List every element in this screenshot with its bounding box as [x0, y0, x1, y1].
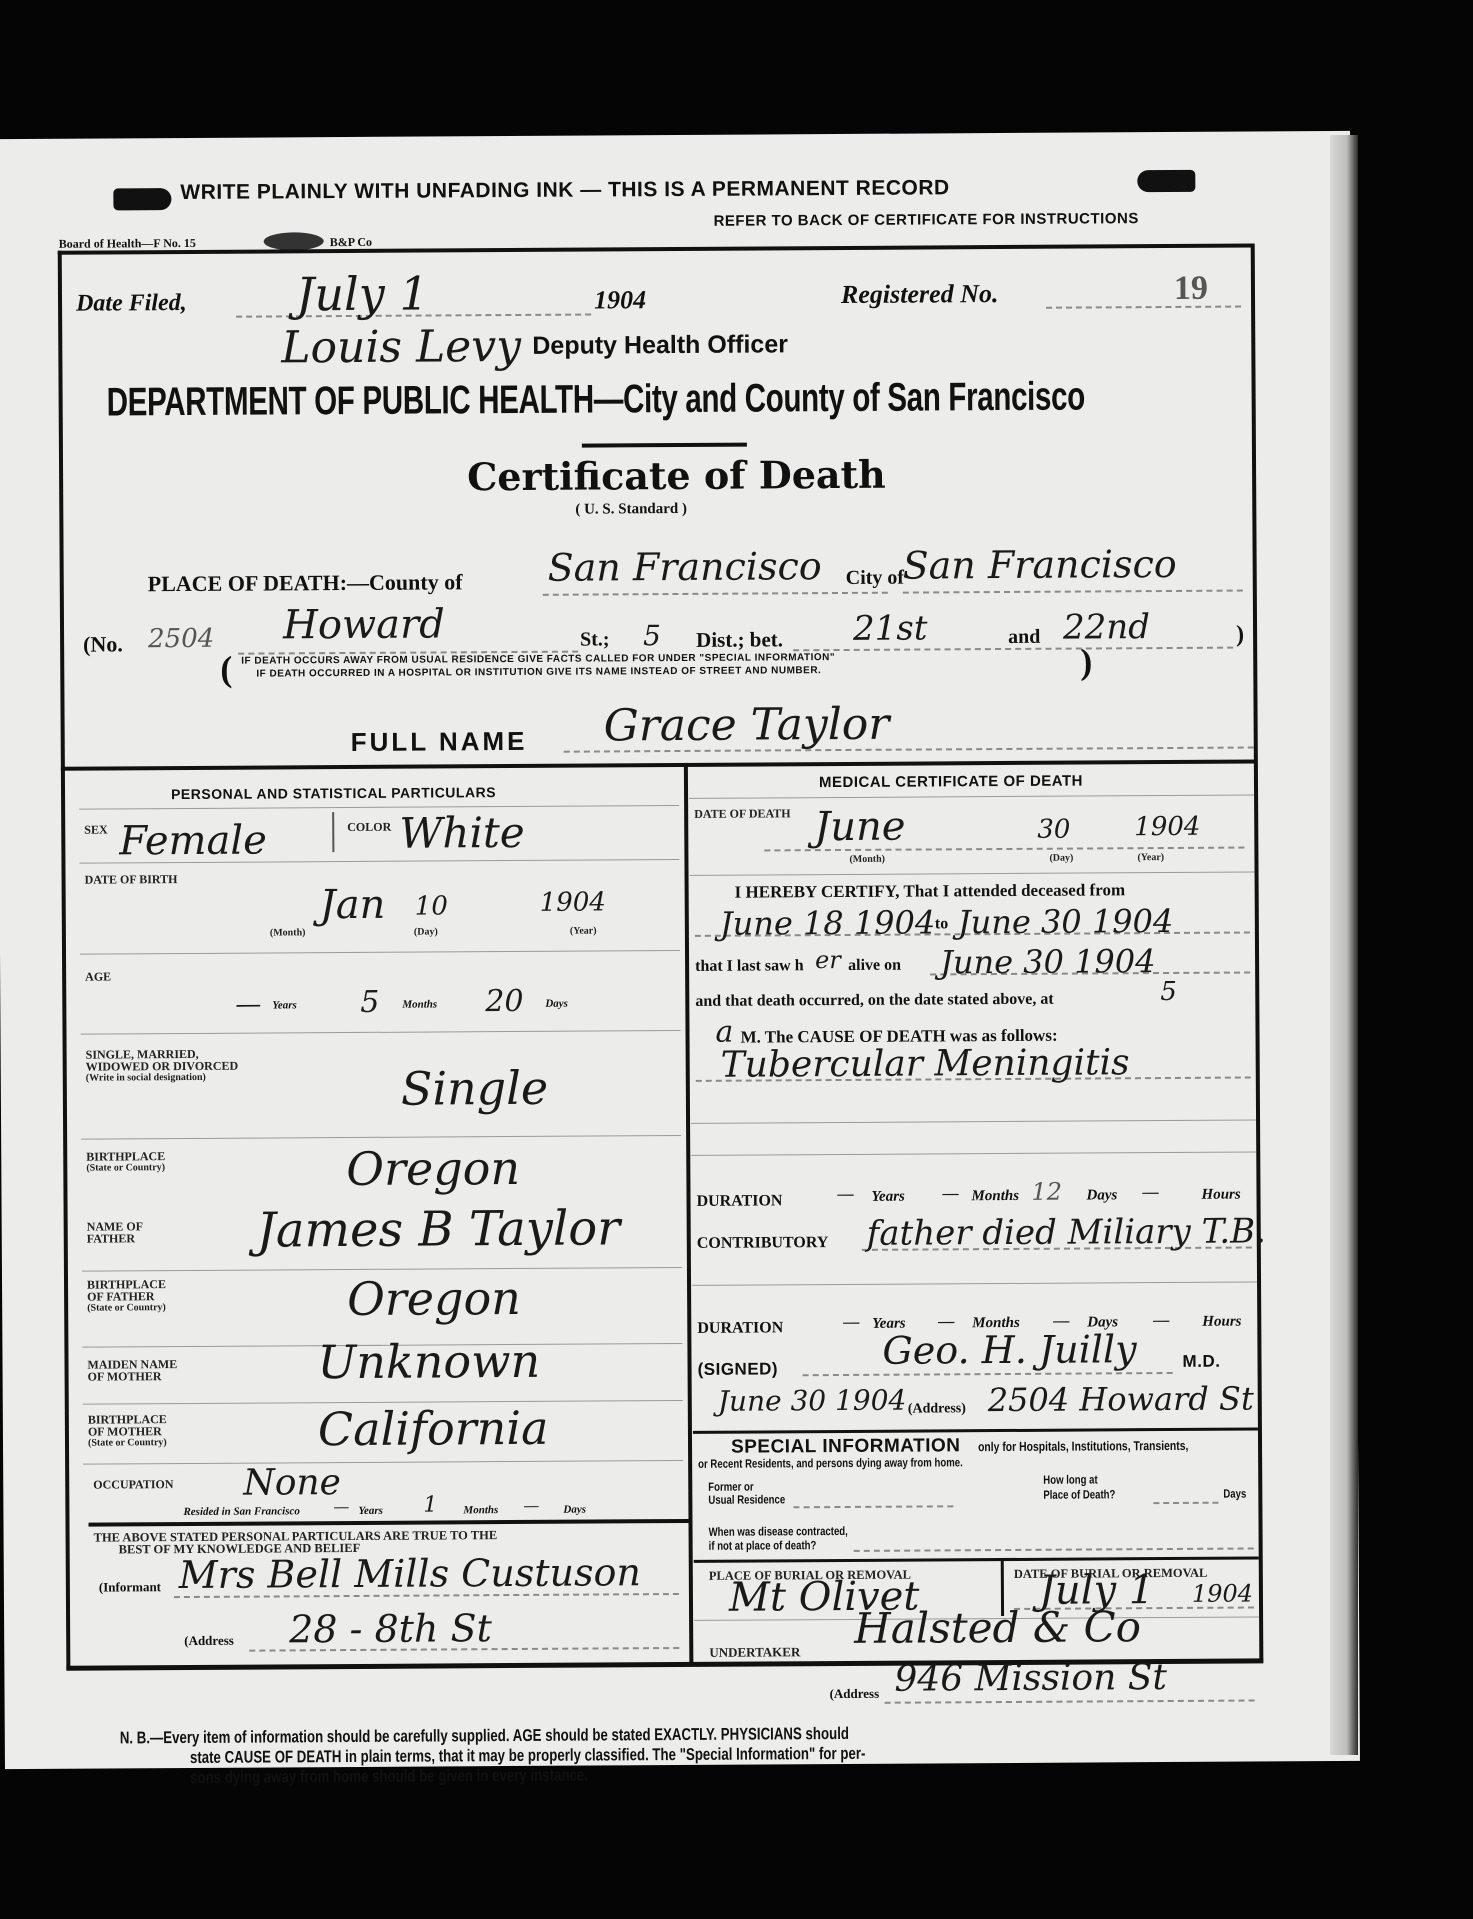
md-label: M.D.	[1182, 1352, 1220, 1372]
duration-years: —	[836, 1184, 854, 1205]
dob-year: 1904	[540, 887, 606, 917]
death-hour: 5	[1160, 977, 1177, 1007]
resided-days: —	[523, 1496, 539, 1515]
column-divider	[684, 763, 693, 1663]
father-birthplace-label-3: (State or Country)	[87, 1302, 166, 1313]
date-filed-year: 1904	[594, 285, 646, 315]
contributory-label: CONTRIBUTORY	[697, 1234, 829, 1253]
date-filed-value: July 1	[296, 267, 429, 322]
duration-days: 12	[1031, 1178, 1062, 1206]
street-number: 2504	[148, 624, 214, 654]
mother-value: Unknown	[317, 1334, 540, 1389]
duration-years-caption: Years	[871, 1189, 904, 1206]
dob-day-caption: (Day)	[414, 926, 438, 937]
dob-day: 10	[415, 891, 448, 921]
father-label-2: FATHER	[87, 1232, 135, 1244]
signed-label: (SIGNED)	[698, 1359, 779, 1379]
duration-days-caption: Days	[1086, 1187, 1117, 1204]
last-saw-pronoun: er	[815, 946, 841, 974]
duration-hours: —	[1141, 1182, 1159, 1203]
duration2-hours-caption: Hours	[1202, 1314, 1241, 1331]
county-value: San Francisco	[548, 544, 822, 590]
note-open-paren: (	[220, 648, 232, 690]
between-2: 22nd	[1063, 607, 1150, 648]
birthplace-label-2: (State or Country)	[86, 1162, 165, 1173]
former-residence-field	[793, 1505, 953, 1508]
certify-statement: I HEREBY CERTIFY, That I attended deceas…	[735, 880, 1126, 902]
former-residence-label-2: Usual Residence	[708, 1492, 785, 1506]
title-divider	[582, 443, 747, 448]
certificate-paper: WRITE PLAINLY WITH UNFADING INK — THIS I…	[0, 131, 1360, 1769]
resided-label: Resided in San Francisco	[183, 1505, 300, 1518]
dod-day-caption: (Day)	[1049, 853, 1073, 864]
informant-address-value: 28 - 8th St	[289, 1606, 492, 1651]
dod-day: 30	[1037, 815, 1070, 845]
city-line	[903, 590, 1243, 594]
street-number-label: (No.	[83, 631, 123, 657]
personal-section-title: PERSONAL AND STATISTICAL PARTICULARS	[171, 784, 496, 802]
dod-month-caption: (Month)	[849, 854, 885, 865]
district-value: 5	[643, 619, 661, 652]
deputy-label: Deputy Health Officer	[532, 330, 788, 361]
attended-to: June 30 1904	[958, 902, 1174, 941]
footer-note-2: state CAUSE OF DEATH in plain terms, tha…	[190, 1744, 866, 1768]
registered-label: Registered No.	[841, 279, 999, 310]
deputy-signature: Louis Levy	[281, 321, 521, 373]
dod-year: 1904	[1134, 812, 1200, 842]
marital-value: Single	[401, 1061, 549, 1116]
special-info-subtitle-1: only for Hospitals, Institutions, Transi…	[978, 1438, 1188, 1454]
last-saw-text: that I last saw h	[695, 957, 804, 976]
residence-note-1: IF DEATH OCCURS AWAY FROM USUAL RESIDENC…	[241, 652, 835, 667]
resided-years: —	[333, 1497, 349, 1516]
dod-month: June	[814, 804, 906, 851]
color-value: White	[399, 808, 525, 858]
mother-label-2: OF MOTHER	[88, 1370, 162, 1382]
age-years: —	[235, 990, 261, 1020]
signed-date: June 30 1904	[718, 1384, 907, 1418]
duration2-label: DURATION	[697, 1319, 783, 1338]
pointing-hand-icon	[113, 188, 171, 210]
marital-label-3: (Write in social designation)	[86, 1072, 206, 1084]
us-standard: ( U. S. Standard )	[575, 501, 687, 519]
mother-birthplace-value: California	[318, 1401, 549, 1456]
occupation-label: OCCUPATION	[93, 1478, 173, 1490]
registered-line	[1046, 306, 1241, 309]
occupation-value: None	[243, 1462, 341, 1504]
undertaker-address-value: 946 Mission St	[894, 1657, 1167, 1700]
cause-value: Tubercular Meningitis	[721, 1042, 1130, 1085]
undertaker-value: Halsted & Co	[854, 1602, 1141, 1653]
dist-label: Dist.; bet.	[696, 627, 783, 653]
department-title: DEPARTMENT OF PUBLIC HEALTH—City and Cou…	[107, 375, 1085, 426]
physician-address: 2504 Howard St	[988, 1379, 1254, 1419]
age-label: AGE	[85, 970, 111, 982]
father-birthplace-value: Oregon	[347, 1271, 521, 1326]
birthplace-label-1: BIRTHPLACE	[86, 1150, 165, 1162]
informant-label: (Informant	[99, 1579, 161, 1595]
date-filed-label: Date Filed,	[76, 290, 187, 318]
frame-left	[58, 251, 71, 1669]
physician-address-label: (Address)	[908, 1401, 966, 1417]
and-label: and	[1008, 626, 1040, 649]
marital-label-2: WIDOWED OR DIVORCED	[86, 1060, 239, 1073]
age-days-caption: Days	[545, 998, 568, 1010]
date-of-death-label: DATE OF DEATH	[694, 807, 791, 820]
registered-number: 19	[1174, 270, 1208, 308]
contracted-label-2: if not at place of death?	[709, 1538, 817, 1553]
dob-month: Jan	[320, 882, 386, 928]
page-fold-shadow	[1330, 135, 1358, 1755]
note-close-paren: )	[1080, 640, 1092, 682]
age-months-caption: Months	[402, 998, 437, 1010]
mother-birthplace-label-2: OF MOTHER	[88, 1425, 162, 1437]
age-years-caption: Years	[272, 999, 297, 1011]
place-of-death-label: PLACE OF DEATH:—County of	[148, 569, 463, 597]
age-months: 5	[360, 985, 379, 1020]
signed-line	[803, 1372, 1173, 1376]
certificate-title: Certificate of Death	[467, 452, 886, 500]
refer-instructions: REFER TO BACK OF CERTIFICATE FOR INSTRUC…	[713, 210, 1138, 230]
physician-signature: Geo. H. Juilly	[882, 1327, 1136, 1373]
to-label: to	[935, 915, 948, 933]
contracted-label-1: When was disease contracted,	[709, 1524, 848, 1539]
union-label-stamp-icon	[264, 232, 324, 250]
medical-section-title: MEDICAL CERTIFICATE OF DEATH	[819, 773, 1083, 792]
city-label: City of	[846, 567, 904, 590]
duration2-years: —	[842, 1312, 860, 1333]
city-value: San Francisco	[903, 542, 1177, 588]
printer: B&P Co	[330, 235, 372, 250]
duration-months: —	[941, 1183, 959, 1204]
how-long-field	[1153, 1502, 1218, 1504]
between-1: 21st	[853, 608, 928, 648]
undertaker-address-line	[885, 1699, 1255, 1703]
undertaker-address-label: (Address	[829, 1686, 879, 1702]
residence-note-2: IF DEATH OCCURRED IN A HOSPITAL OR INSTI…	[256, 665, 821, 679]
undertaker-label: UNDERTAKER	[709, 1646, 800, 1659]
close-paren: )	[1236, 622, 1244, 649]
father-birthplace-label-2: OF FATHER	[87, 1290, 155, 1302]
dob-year-caption: (Year)	[570, 925, 597, 936]
duration2-hours: —	[1152, 1310, 1170, 1331]
county-line	[543, 592, 888, 596]
informant-address-label: (Address	[184, 1633, 234, 1649]
resided-days-caption: Days	[563, 1504, 586, 1516]
pointing-hand-icon-right	[1137, 170, 1195, 192]
frame-right	[1251, 243, 1264, 1661]
full-name-value: Grace Taylor	[603, 699, 889, 752]
last-saw-date: June 30 1904	[940, 942, 1156, 981]
dod-year-caption: (Year)	[1137, 852, 1164, 863]
informant-value: Mrs Bell Mills Custuson	[179, 1550, 641, 1597]
contracted-field	[854, 1547, 1254, 1551]
resided-months: 1	[423, 1492, 437, 1517]
sex-value: Female	[119, 818, 267, 865]
st-label: St.;	[580, 628, 610, 651]
section-divider	[61, 759, 1257, 770]
special-info-subtitle-2: or Recent Residents, and persons dying a…	[698, 1455, 963, 1471]
frame-top	[58, 243, 1254, 254]
resided-years-caption: Years	[358, 1505, 383, 1517]
age-days: 20	[485, 984, 523, 1019]
attended-from: June 18 1904	[720, 903, 936, 942]
dob-month-caption: (Month)	[270, 927, 306, 938]
contributory-value: father died Miliary T.B.	[867, 1211, 1266, 1253]
sex-label: SEX	[84, 823, 107, 835]
duration-hours-caption: Hours	[1201, 1187, 1240, 1204]
resided-months-caption: Months	[463, 1504, 498, 1516]
how-long-label-2: Place of Death?	[1043, 1487, 1115, 1501]
dob-label: DATE OF BIRTH	[85, 873, 178, 886]
how-long-days-label: Days	[1223, 1487, 1246, 1501]
full-name-label: FULL NAME	[351, 726, 528, 758]
mother-birthplace-label-3: (State or Country)	[88, 1437, 167, 1448]
footer-note-3: sons dying away from home should be give…	[190, 1766, 588, 1788]
birthplace-value: Oregon	[346, 1141, 520, 1196]
father-value: James B Taylor	[257, 1200, 621, 1258]
color-label: COLOR	[347, 821, 391, 833]
death-time-text: and that death occurred, on the date sta…	[695, 991, 1053, 1011]
duration-label: DURATION	[696, 1192, 782, 1211]
duration-months-caption: Months	[971, 1188, 1019, 1205]
ink-warning: WRITE PLAINLY WITH UNFADING INK — THIS I…	[180, 176, 949, 205]
burial-year-value: 1904	[1192, 1579, 1253, 1607]
street-name: Howard	[283, 601, 445, 648]
how-long-label-1: How long at	[1043, 1472, 1097, 1486]
alive-on-label: alive on	[848, 957, 901, 975]
